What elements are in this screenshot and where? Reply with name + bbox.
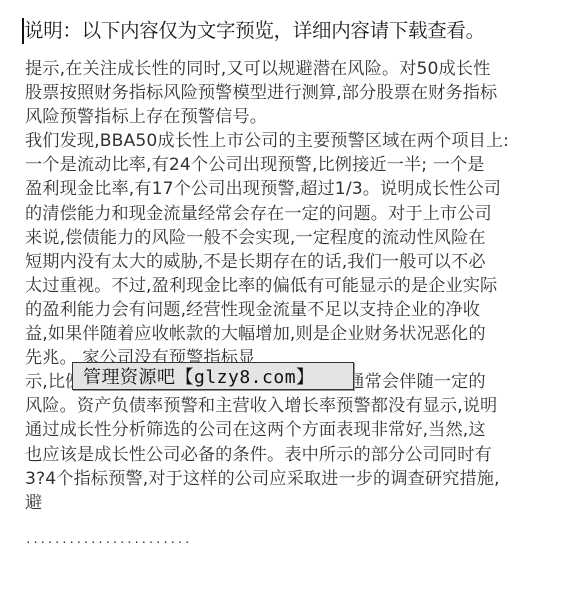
body-line: 3?4个指标预警,对于这样的公司应采取进一步的调查研究措施, — [25, 467, 565, 491]
body-line: 风险。资产负债率预警和主营收入增长率预警都没有显示,说明 — [25, 394, 565, 418]
body-line: 避 — [25, 491, 565, 515]
document-body: 提示,在关注成长性的同时,又可以规避潜在风险。对50成长性 股票按照财务指标风险… — [25, 57, 565, 515]
body-line: 太过重视。不过,盈利现金比率的偏低有可能显示的是企业实际 — [25, 274, 565, 298]
body-line: 益,如果伴随着应收帐款的大幅增加,则是企业财务状况恶化的 — [25, 322, 565, 346]
body-line: 的清偿能力和现金流量经常会存在一定的问题。对于上市公司 — [25, 202, 565, 226]
body-line: 也应该是成长性公司必备的条件。表中所示的部分公司同时有 — [25, 443, 565, 467]
body-line: 来说,偿债能力的风险一般不会实现,一定程度的流动性风险在 — [25, 226, 565, 250]
body-line: 提示,在关注成长性的同时,又可以规避潜在风险。对50成长性 — [25, 57, 565, 81]
body-line: 风险预警指标上存在预警信号。 — [25, 105, 565, 129]
body-line: 一个是流动比率,有24个公司出现预警,比例接近一半; 一个是 — [25, 153, 565, 177]
truncation-dots: ······················· — [25, 536, 191, 549]
preview-notice: 说明：以下内容仅为文字预览，详细内容请下载查看。 — [24, 17, 485, 45]
body-line: 的盈利能力会有问题,经营性现金流量不足以支持企业的净收 — [25, 298, 565, 322]
body-line: 股票按照财务指标风险预警模型进行测算,部分股票在财务指标 — [25, 81, 565, 105]
body-line: 盈利现金比率,有17个公司出现预警,超过1/3。说明成长性公司 — [25, 177, 565, 201]
body-line: 我们发现,BBA50成长性上市公司的主要预警区域在两个项目上: — [25, 129, 565, 153]
body-line: 短期内没有太大的威胁,不是长期存在的话,我们一般可以不必 — [25, 250, 565, 274]
body-line: 通过成长性分析筛选的公司在这两个方面表现非常好,当然,这 — [25, 418, 565, 442]
watermark-label: 管理资源吧【glzy8.com】 — [72, 362, 354, 390]
